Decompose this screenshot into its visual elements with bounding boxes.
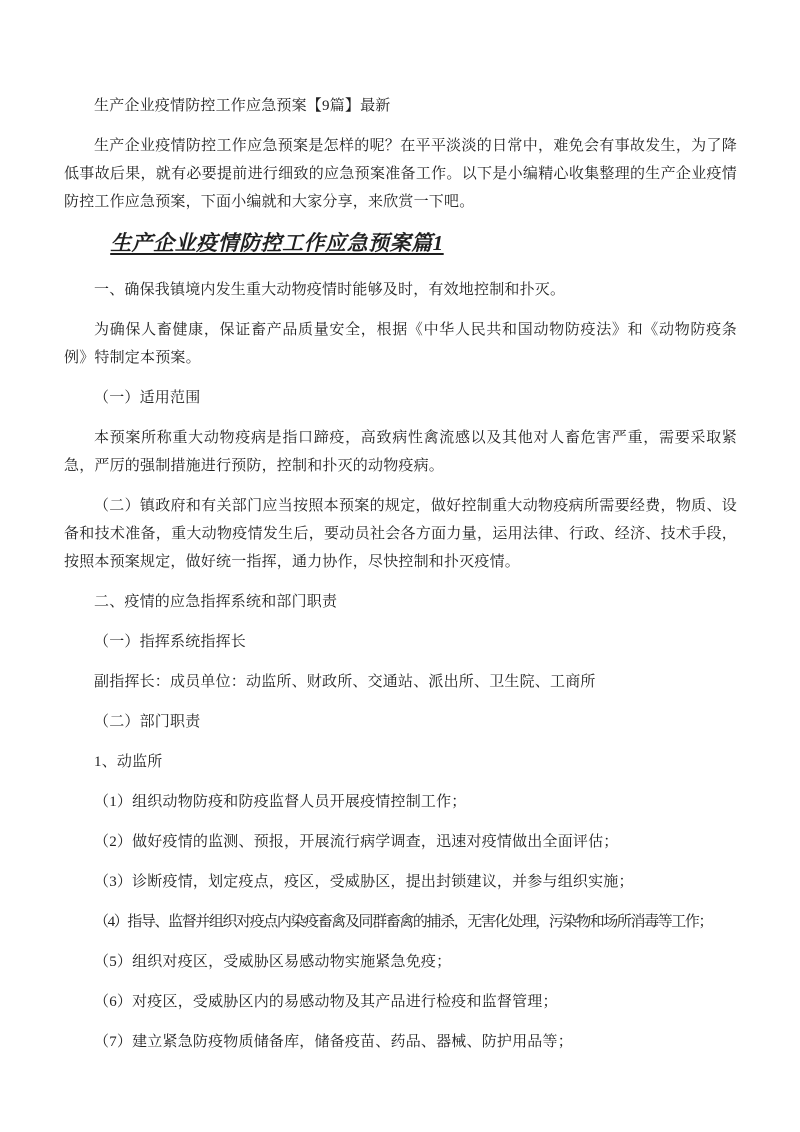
document-page: 生产企业疫情防控工作应急预案【9篇】最新 生产企业疫情防控工作应急预案是怎样的呢… [0, 0, 800, 1132]
doc-paragraph-16: （6）对疫区，受威胁区内的易感动物及其产品进行检疫和监督管理； [64, 988, 737, 1016]
doc-paragraph-5: （二）镇政府和有关部门应当按照本预案的规定，做好控制重大动物疫病所需要经费，物质… [64, 492, 737, 576]
doc-paragraph-8: 副指挥长：成员单位：动监所、财政所、交通站、派出所、卫生院、工商所 [64, 668, 737, 696]
doc-paragraph-15: （5）组织对疫区，受威胁区易感动物实施紧急免疫； [64, 948, 737, 976]
doc-paragraph-2: 为确保人畜健康，保证畜产品质量安全，根据《中华人民共和国动物防疫法》和《动物防疫… [64, 316, 737, 372]
doc-paragraph-12: （2）做好疫情的监测、预报，开展流行病学调查，迅速对疫情做出全面评估； [64, 828, 737, 856]
doc-paragraph-10: 1、动监所 [64, 748, 737, 776]
doc-paragraph-1: 一、确保我镇境内发生重大动物疫情时能够及时，有效地控制和扑灭。 [64, 276, 737, 304]
intro-paragraph: 生产企业疫情防控工作应急预案是怎样的呢？在平平淡淡的日常中，难免会有事故发生，为… [64, 132, 737, 216]
doc-title-line: 生产企业疫情防控工作应急预案【9篇】最新 [64, 92, 737, 120]
doc-paragraph-13: （3）诊断疫情，划定疫点，疫区，受威胁区，提出封锁建议，并参与组织实施； [64, 868, 737, 896]
doc-paragraph-17: （7）建立紧急防疫物质储备库，储备疫苗、药品、器械、防护用品等； [64, 1028, 737, 1056]
doc-paragraph-6: 二、疫情的应急指挥系统和部门职责 [64, 588, 737, 616]
doc-paragraph-11: （1）组织动物防疫和防疫监督人员开展疫情控制工作； [64, 788, 737, 816]
doc-paragraph-9: （二）部门职责 [64, 708, 737, 736]
doc-paragraph-14: （4）指导、监督并组织对疫点内染疫畜禽及同群畜禽的捕杀，无害化处理，污染物和场所… [64, 908, 737, 936]
doc-paragraph-4: 本预案所称重大动物疫病是指口蹄疫，高致病性禽流感以及其他对人畜危害严重，需要采取… [64, 424, 737, 480]
section-heading: 生产企业疫情防控工作应急预案篇1 [64, 228, 737, 258]
doc-paragraph-3: （一）适用范围 [64, 384, 737, 412]
doc-paragraph-7: （一）指挥系统指挥长 [64, 628, 737, 656]
